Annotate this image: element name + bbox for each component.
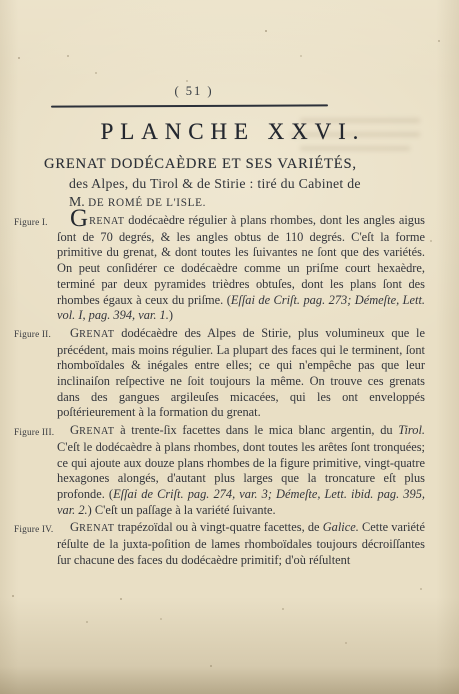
page-number: ( 51 ) — [0, 84, 388, 99]
header-rule — [51, 104, 328, 108]
figure-3-smallcaps: RENAT — [79, 426, 114, 437]
figure-4-initial: G — [70, 520, 79, 534]
figure-2-smallcaps: RENAT — [79, 329, 114, 340]
figure-2-paragraph: Figure II.GRENAT dodécaèdre des Alpes de… — [57, 326, 425, 421]
figure-3-paragraph: Figure III.GRENAT à trente-ſix facettes … — [57, 423, 425, 518]
figure-3-label: Figure III. — [14, 426, 54, 442]
plate-subtitle-line1: GRENAT DODÉCAÈDRE ET SES VARIÉTÉS, — [44, 156, 420, 173]
show-through-decoration — [300, 146, 410, 151]
figure-1-text: dodécaèdre régulier à plans rhombes, don… — [57, 213, 425, 322]
figure-1-smallcaps: RENAT — [89, 216, 124, 227]
figure-4-smallcaps: RENAT — [79, 523, 114, 534]
figure-3-text: à trente-ſix facettes dans le mica blanc… — [57, 423, 425, 517]
figure-1-paragraph: Figure I.GRENAT dodécaèdre régulier à pl… — [57, 213, 425, 324]
figure-2-label: Figure II. — [14, 328, 51, 344]
figure-1-label: Figure I. — [14, 216, 48, 232]
plate-title: PLANCHE XXVI. — [0, 119, 459, 145]
paper-specks-decoration — [0, 0, 2, 2]
figure-descriptions: Figure I.GRENAT dodécaèdre régulier à pl… — [57, 213, 425, 570]
figure-4-label: Figure IV. — [14, 523, 53, 539]
figure-4-paragraph: Figure IV.GRENAT trapézoïdal ou à vingt-… — [57, 520, 425, 568]
figure-2-initial: G — [70, 326, 79, 340]
plate-subtitle-line2: des Alpes, du Tirol & de Stirie : tiré d… — [69, 176, 429, 192]
author-name-smallcaps: DE ROMÉ DE L'ISLE. — [88, 197, 206, 209]
plate-subtitle-line3: M. DE ROMÉ DE L'ISLE. — [69, 194, 429, 210]
figure-1-initial: G — [70, 205, 89, 232]
book-page-scan: ( 51 ) PLANCHE XXVI. GRENAT DODÉCAÈDRE E… — [0, 0, 459, 694]
figure-3-initial: G — [70, 423, 79, 437]
